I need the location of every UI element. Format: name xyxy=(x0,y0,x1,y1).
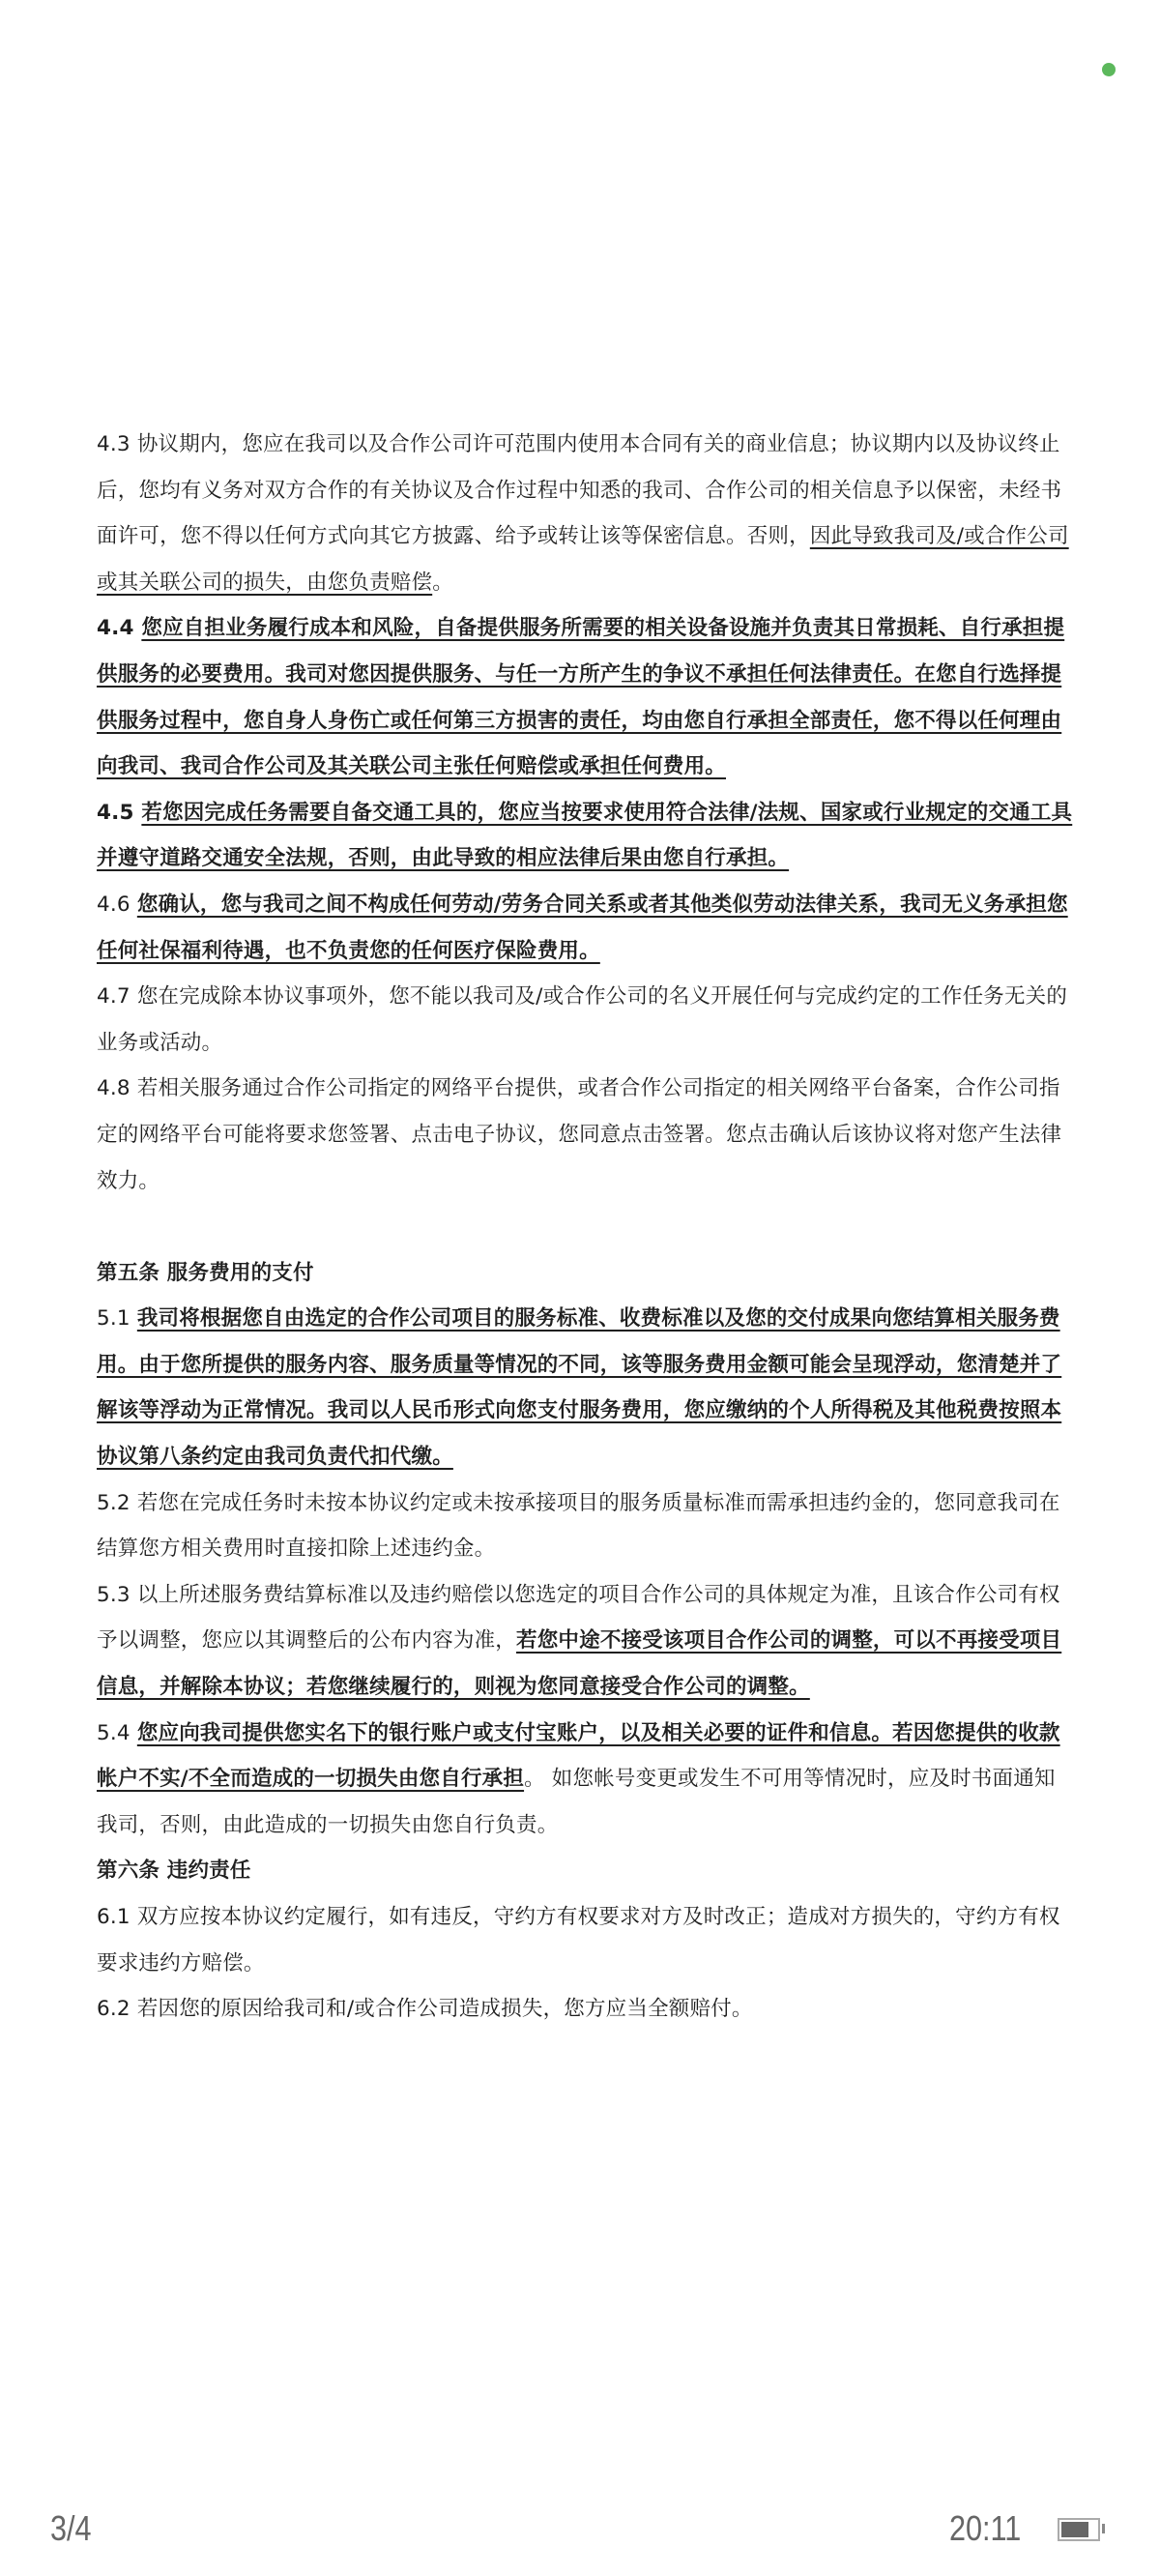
clause-text: 后，您均有义务对双方合作的有关协议及合作过程中知悉的我司、合作公司的相关信息予以… xyxy=(97,479,1061,503)
document-line: 要求违约方赔偿。 xyxy=(97,1941,1075,1987)
clause-text: 第六条 违约责任 xyxy=(97,1859,251,1883)
emphasized-clause-text: 用。由于您所提供的服务内容、服务质量等情况的不同，该等服务费用金额可能会呈现浮动… xyxy=(97,1353,1061,1377)
document-line: 帐户不实/不全而造成的一切损失由您自行承担。 如您帐号变更或发生不可用等情况时，… xyxy=(97,1756,1075,1802)
document-line: 6.1 双方应按本协议约定履行，如有违反，守约方有权要求对方及时改正；造成对方损… xyxy=(97,1894,1075,1941)
emphasized-clause-text: 帐户不实/不全而造成的一切损失由您自行承担 xyxy=(97,1767,524,1791)
emphasized-clause-text: 您应自担业务履行成本和风险，自备提供服务所需要的相关设备设施并负责其日常损耗、自… xyxy=(141,616,1064,640)
document-line: 予以调整，您应以其调整后的公布内容为准，若您中途不接受该项目合作公司的调整，可以… xyxy=(97,1618,1075,1664)
document-line: 4.6 您确认，您与我司之间不构成任何劳动/劳务合同关系或者其他类似劳动法律关系… xyxy=(97,882,1075,928)
document-line: 任何社保福利待遇，也不负责您的任何医疗保险费用。 xyxy=(97,928,1075,975)
emphasized-clause-text: 您确认，您与我司之间不构成任何劳动/劳务合同关系或者其他类似劳动法律关系，我司无… xyxy=(137,893,1068,917)
emphasized-clause-text: 供服务过程中，您自身人身伤亡或任何第三方损害的责任，均由您自行承担全部责任，您不… xyxy=(97,709,1061,733)
clause-text: 4.3 协议期内，您应在我司以及合作公司许可范围内使用本合同有关的商业信息；协议… xyxy=(97,432,1060,456)
document-line: 解该等浮动为正常情况。我司以人民币形式向您支付服务费用，您应缴纳的个人所得税及其… xyxy=(97,1388,1075,1434)
document-line: 4.3 协议期内，您应在我司以及合作公司许可范围内使用本合同有关的商业信息；协议… xyxy=(97,422,1075,468)
document-line: 协议第八条约定由我司负责代扣代缴。 xyxy=(97,1434,1075,1480)
document-line: 面许可，您不得以任何方式向其它方披露、给予或转让该等保密信息。否则，因此导致我司… xyxy=(97,513,1075,560)
clause-text: 。 如您帐号变更或发生不可用等情况时，应及时书面通知 xyxy=(524,1767,1056,1791)
document-line: 向我司、我司合作公司及其关联公司主张任何赔偿或承担任何费用。 xyxy=(97,744,1075,790)
document-line: 4.7 您在完成除本协议事项外，您不能以我司及/或合作公司的名义开展任何与完成约… xyxy=(97,974,1075,1020)
document-line: 5.3 以上所述服务费结算标准以及违约赔偿以您选定的项目合作公司的具体规定为准，… xyxy=(97,1572,1075,1619)
document-content: 4.3 协议期内，您应在我司以及合作公司许可范围内使用本合同有关的商业信息；协议… xyxy=(97,422,1075,2033)
clause-text: 。 xyxy=(432,571,453,595)
emphasized-clause-text: 协议第八条约定由我司负责代扣代缴。 xyxy=(97,1445,453,1469)
clause-text: 效力。 xyxy=(97,1169,159,1193)
battery-icon xyxy=(1058,2518,1100,2541)
document-line: 信息，并解除本协议；若您继续履行的，则视为您同意接受合作公司的调整。 xyxy=(97,1664,1075,1711)
document-line: 第六条 违约责任 xyxy=(97,1848,1075,1894)
document-line: 效力。 xyxy=(97,1158,1075,1205)
emphasized-clause-text: 并遵守道路交通安全法规，否则，由此导致的相应法律后果由您自行承担。 xyxy=(97,846,789,870)
emphasized-clause-text: 我司将根据您自由选定的合作公司项目的服务标准、收费标准以及您的交付成果向您结算相… xyxy=(137,1306,1060,1331)
document-line: 4.4 您应自担业务履行成本和风险，自备提供服务所需要的相关设备设施并负责其日常… xyxy=(97,605,1075,652)
document-line: 我司，否则，由此造成的一切损失由您自行负责。 xyxy=(97,1802,1075,1849)
document-line: 定的网络平台可能将要求您签署、点击电子协议，您同意点击签署。您点击确认后该协议将… xyxy=(97,1112,1075,1158)
emphasized-clause-text: 您应向我司提供您实名下的银行账户或支付宝账户，以及相关必要的证件和信息。若因您提… xyxy=(137,1721,1060,1745)
clock-time: 20:11 xyxy=(949,2504,1021,2553)
clause-text: 4.4 xyxy=(97,616,141,640)
clause-text: 定的网络平台可能将要求您签署、点击电子协议，您同意点击签署。您点击确认后该协议将… xyxy=(97,1123,1061,1147)
clause-text: 4.8 若相关服务通过合作公司指定的网络平台提供，或者合作公司指定的相关网络平台… xyxy=(97,1076,1060,1100)
clause-text: 5.1 xyxy=(97,1306,137,1331)
clause-text: 4.6 xyxy=(97,893,137,917)
battery-level xyxy=(1061,2522,1088,2537)
clause-text: 4.7 您在完成除本协议事项外，您不能以我司及/或合作公司的名义开展任何与完成约… xyxy=(97,984,1067,1009)
clause-text: 业务或活动。 xyxy=(97,1031,222,1055)
clause-text: 6.2 若因您的原因给我司和/或合作公司造成损失，您方应当全额赔付。 xyxy=(97,1997,753,2021)
emphasized-clause-text: 向我司、我司合作公司及其关联公司主张任何赔偿或承担任何费用。 xyxy=(97,754,726,778)
document-line: 5.2 若您在完成任务时未按本协议约定或未按承接项目的服务质量标准而需承担违约金… xyxy=(97,1480,1075,1527)
clause-text: 5.4 xyxy=(97,1721,137,1745)
document-line: 供服务的必要费用。我司对您因提供服务、与任一方所产生的争议不承担任何法律责任。在… xyxy=(97,652,1075,698)
emphasized-clause-text: 信息，并解除本协议；若您继续履行的，则视为您同意接受合作公司的调整。 xyxy=(97,1675,810,1699)
emphasized-clause-text: 若您因完成任务需要自备交通工具的，您应当按要求使用符合法律/法规、国家或行业规定… xyxy=(141,801,1072,825)
emphasized-clause-text: 解该等浮动为正常情况。我司以人民币形式向您支付服务费用，您应缴纳的个人所得税及其… xyxy=(97,1398,1061,1422)
document-line: 6.2 若因您的原因给我司和/或合作公司造成损失，您方应当全额赔付。 xyxy=(97,1986,1075,2033)
clause-text: 面许可，您不得以任何方式向其它方披露、给予或转让该等保密信息。否则， xyxy=(97,524,810,548)
clause-text: 要求违约方赔偿。 xyxy=(97,1951,265,1976)
emphasized-clause-text: 因此导致我司及/或合作公司 xyxy=(810,524,1069,548)
document-line: 业务或活动。 xyxy=(97,1020,1075,1067)
clause-text: 予以调整，您应以其调整后的公布内容为准， xyxy=(97,1628,516,1653)
document-line: 5.1 我司将根据您自由选定的合作公司项目的服务标准、收费标准以及您的交付成果向… xyxy=(97,1296,1075,1342)
clause-text: 4.5 xyxy=(97,801,141,825)
document-line: 并遵守道路交通安全法规，否则，由此导致的相应法律后果由您自行承担。 xyxy=(97,835,1075,882)
document-line: 或其关联公司的损失，由您负责赔偿。 xyxy=(97,560,1075,606)
page-indicator: 3/4 xyxy=(50,2504,92,2553)
clause-text: 5.3 以上所述服务费结算标准以及违约赔偿以您选定的项目合作公司的具体规定为准，… xyxy=(97,1583,1060,1607)
document-line: 结算您方相关费用时直接扣除上述违约金。 xyxy=(97,1526,1075,1572)
clause-text: 结算您方相关费用时直接扣除上述违约金。 xyxy=(97,1537,495,1561)
clause-text: 第五条 服务费用的支付 xyxy=(97,1261,314,1285)
bottom-status-bar: 3/4 20:11 xyxy=(0,2504,1160,2553)
document-line: 后，您均有义务对双方合作的有关协议及合作过程中知悉的我司、合作公司的相关信息予以… xyxy=(97,468,1075,514)
document-line: 4.5 若您因完成任务需要自备交通工具的，您应当按要求使用符合法律/法规、国家或… xyxy=(97,790,1075,836)
document-line: 第五条 服务费用的支付 xyxy=(97,1250,1075,1297)
emphasized-clause-text: 或其关联公司的损失，由您负责赔偿 xyxy=(97,571,432,595)
clause-text: 6.1 双方应按本协议约定履行，如有违反，守约方有权要求对方及时改正；造成对方损… xyxy=(97,1905,1060,1929)
document-line: 5.4 您应向我司提供您实名下的银行账户或支付宝账户，以及相关必要的证件和信息。… xyxy=(97,1711,1075,1757)
document-line: 供服务过程中，您自身人身伤亡或任何第三方损害的责任，均由您自行承担全部责任，您不… xyxy=(97,698,1075,745)
clause-text: 5.2 若您在完成任务时未按本协议约定或未按承接项目的服务质量标准而需承担违约金… xyxy=(97,1491,1060,1515)
document-line: 4.8 若相关服务通过合作公司指定的网络平台提供，或者合作公司指定的相关网络平台… xyxy=(97,1066,1075,1112)
emphasized-clause-text: 供服务的必要费用。我司对您因提供服务、与任一方所产生的争议不承担任何法律责任。在… xyxy=(97,662,1061,687)
emphasized-clause-text: 若您中途不接受该项目合作公司的调整，可以不再接受项目 xyxy=(516,1628,1061,1653)
status-indicator-dot xyxy=(1102,63,1116,76)
battery-tip xyxy=(1102,2524,1105,2533)
emphasized-clause-text: 任何社保福利待遇，也不负责您的任何医疗保险费用。 xyxy=(97,939,600,963)
document-line: 用。由于您所提供的服务内容、服务质量等情况的不同，该等服务费用金额可能会呈现浮动… xyxy=(97,1342,1075,1389)
clause-text: 我司，否则，由此造成的一切损失由您自行负责。 xyxy=(97,1813,558,1837)
document-line xyxy=(97,1204,1075,1250)
